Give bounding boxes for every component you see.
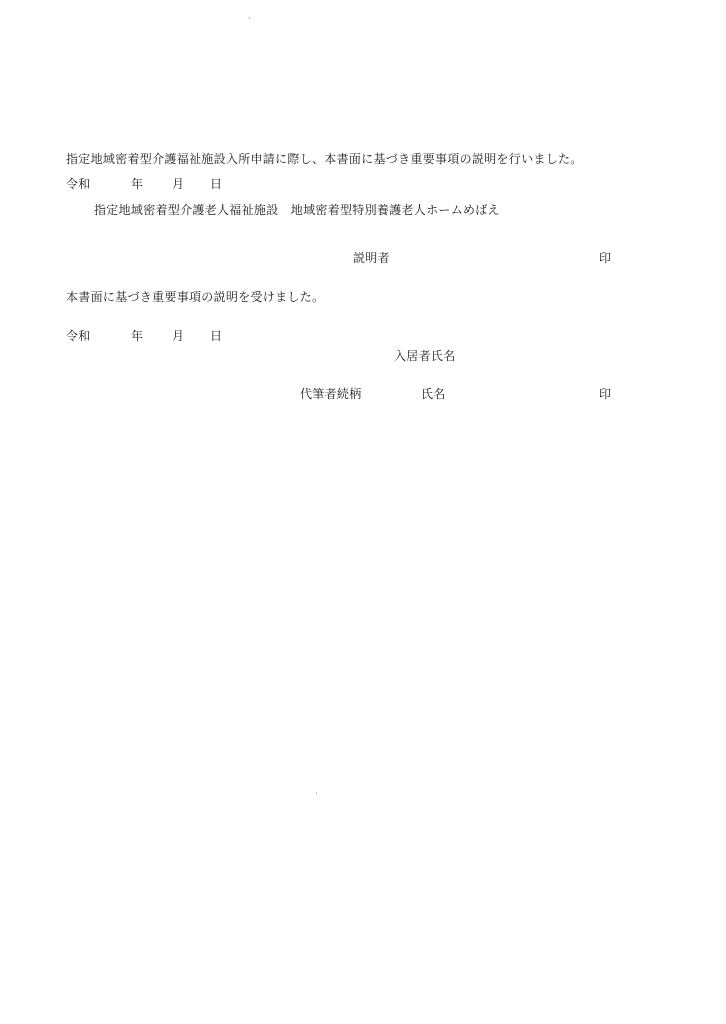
date-era-1: 令和: [66, 177, 91, 191]
date-era-2: 令和: [66, 329, 91, 343]
proxy-relation-label: 代筆者続柄: [300, 387, 362, 401]
date-year-2: 年: [131, 329, 143, 343]
statement-received: 本書面に基づき重要事項の説明を受けました。: [66, 290, 324, 304]
date-month-1: 月: [172, 177, 184, 191]
date-month-2: 月: [172, 329, 184, 343]
seal-mark-2: 印: [599, 387, 611, 401]
date-day-2: 日: [210, 329, 222, 343]
date-year-1: 年: [131, 177, 143, 191]
facility-name: 指定地域密着型介護老人福祉施設 地域密着型特別養護老人ホームめばえ: [94, 203, 500, 217]
date-day-1: 日: [210, 177, 222, 191]
seal-mark-1: 印: [599, 251, 611, 265]
statement-explained: 指定地域密着型介護福祉施設入所申請に際し、本書面に基づき重要事項の説明を行いまし…: [66, 152, 583, 166]
resident-name-label: 入居者氏名: [394, 349, 456, 363]
scan-speck: [316, 792, 317, 794]
scan-speck: [249, 17, 250, 19]
proxy-name-label: 氏名: [421, 387, 446, 401]
explainer-label: 説明者: [353, 251, 390, 265]
